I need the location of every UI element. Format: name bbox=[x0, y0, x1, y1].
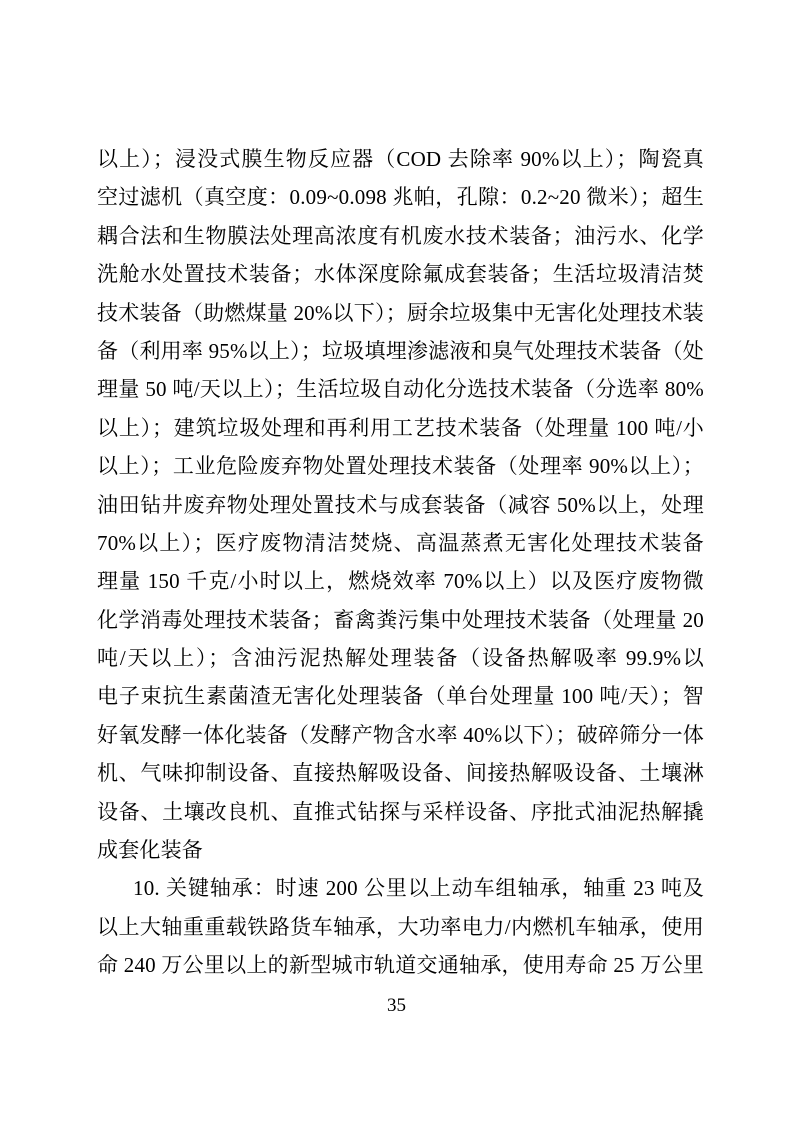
page-number: 35 bbox=[0, 993, 793, 1019]
text-line: 命 240 万公里以上的新型城市轨道交通轴承，使用寿命 25 万公里 bbox=[97, 946, 704, 984]
document-page: 以上）；浸没式膜生物反应器（COD 去除率 90%以上）；陶瓷真 空过滤机（真空… bbox=[0, 0, 793, 1122]
text-line: 以上）；工业危险废弃物处置处理技术装备（处理率 90%以上）； bbox=[97, 447, 704, 485]
text-line paragraph-start-item-10: 10. 关键轴承：时速 200 公里以上动车组轴承，轴重 23 吨及 bbox=[97, 869, 704, 907]
text-line: 理量 150 千克/小时以上，燃烧效率 70%以上）以及医疗废物微波、 bbox=[97, 562, 704, 600]
text-line: 洗舱水处置技术装备；水体深度除氟成套装备；生活垃圾清洁焚烧 bbox=[97, 255, 704, 293]
text-line: 电子束抗生素菌渣无害化处理装备（单台处理量 100 吨/天）；智能 bbox=[97, 677, 704, 715]
text-line: 油田钻井废弃物处理处置技术与成套装备（减容 50%以上，处理率 bbox=[97, 486, 704, 524]
text-line: 70%以上）；医疗废物清洁焚烧、高温蒸煮无害化处理技术装备（处 bbox=[97, 524, 704, 562]
text-line: 设备、土壤改良机、直推式钻探与采样设备、序批式油泥热解撬装 bbox=[97, 793, 704, 831]
text-line: 技术装备（助燃煤量 20%以下）；厨余垃圾集中无害化处理技术装 bbox=[97, 294, 704, 332]
text-line: 备（利用率 95%以上）；垃圾填埋渗滤液和臭气处理技术装备（处 bbox=[97, 332, 704, 370]
text-line: 理量 50 吨/天以上）；生活垃圾自动化分选技术装备（分选率 80% bbox=[97, 370, 704, 408]
text-line: 吨/天以上）；含油污泥热解处理装备（设备热解吸率 99.9%以上）； bbox=[97, 639, 704, 677]
text-line: 好氧发酵一体化装备（发酵产物含水率 40%以下）；破碎筛分一体 bbox=[97, 716, 704, 754]
text-line: 以上）；浸没式膜生物反应器（COD 去除率 90%以上）；陶瓷真 bbox=[97, 140, 704, 178]
text-line: 以上大轴重重载铁路货车轴承，大功率电力/内燃机车轴承，使用寿 bbox=[97, 908, 704, 946]
text-line: 空过滤机（真空度：0.09~0.098 兆帕，孔隙：0.2~20 微米）；超生 bbox=[97, 178, 704, 216]
page-body-text: 以上）；浸没式膜生物反应器（COD 去除率 90%以上）；陶瓷真 空过滤机（真空… bbox=[97, 140, 704, 985]
text-line paragraph-end: 成套化装备 bbox=[97, 831, 704, 869]
text-line: 以上）；建筑垃圾处理和再利用工艺技术装备（处理量 100 吨/小时 bbox=[97, 409, 704, 447]
text-line: 耦合法和生物膜法处理高浓度有机废水技术装备；油污水、化学品 bbox=[97, 217, 704, 255]
text-line: 化学消毒处理技术装备；畜禽粪污集中处理技术装备（处理量 20 bbox=[97, 601, 704, 639]
text-line: 机、气味抑制设备、直接热解吸设备、间接热解吸设备、土壤淋洗 bbox=[97, 754, 704, 792]
